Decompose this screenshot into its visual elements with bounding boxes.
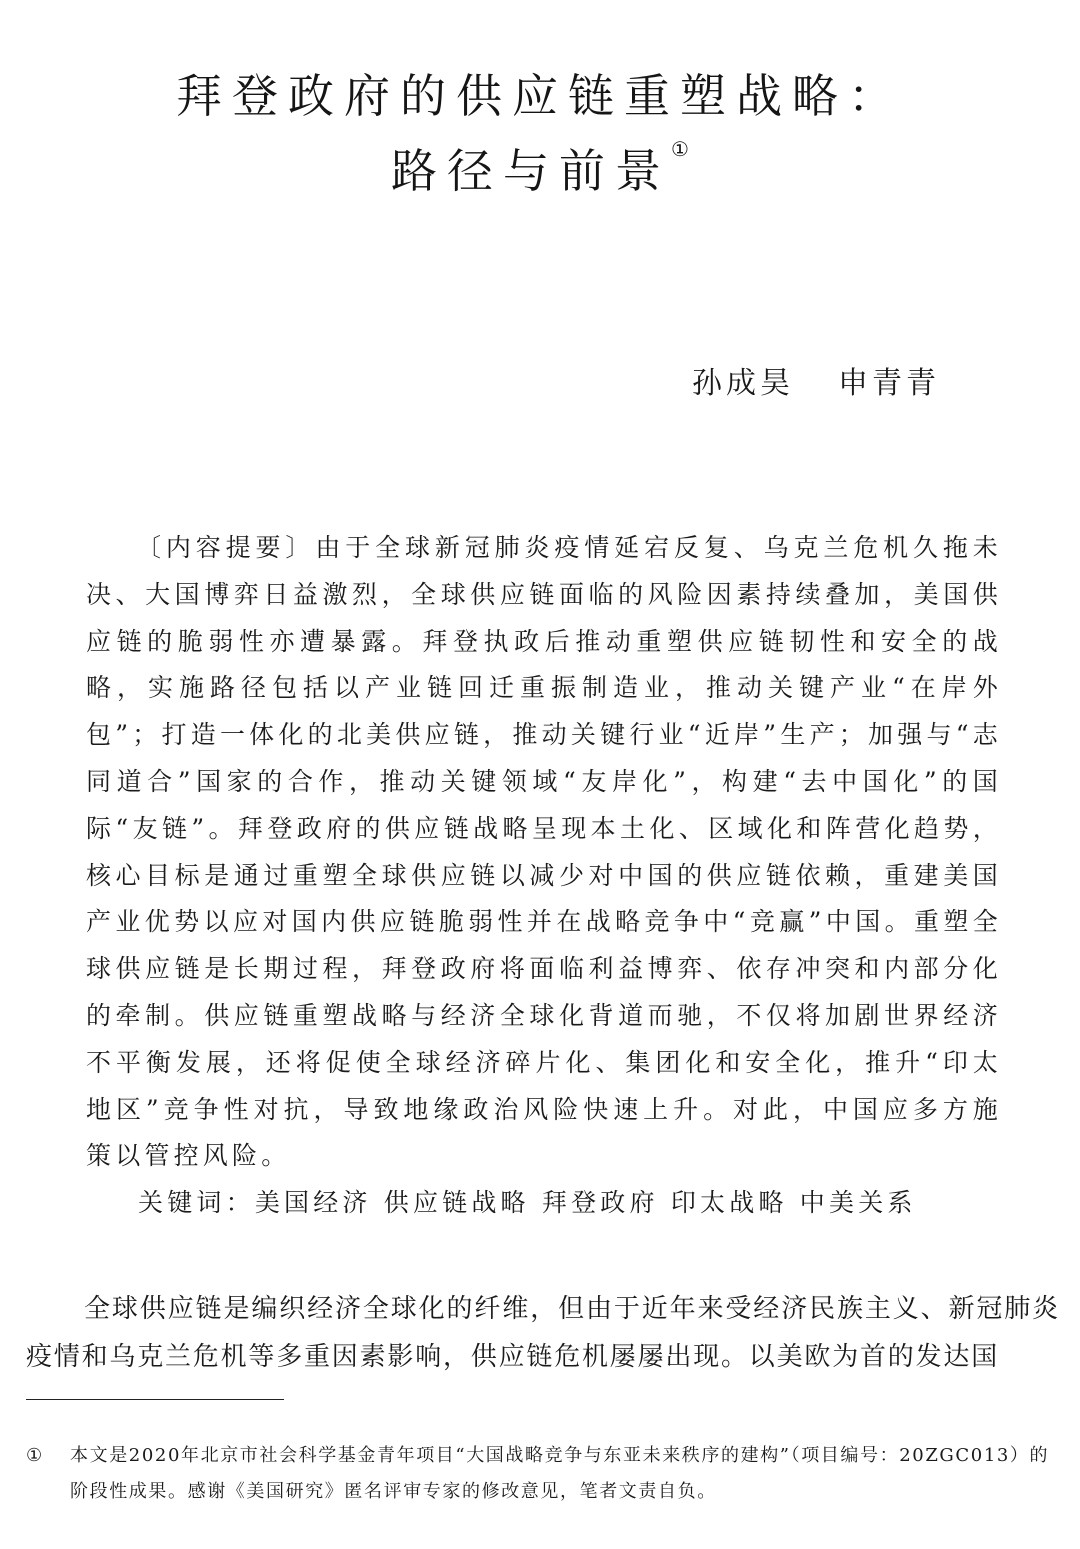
author-1: 孙成昊 (692, 366, 794, 401)
title-footnote-mark[interactable]: ① (671, 137, 689, 161)
footnote-divider (26, 1399, 284, 1400)
keywords: 关键词：美国经济 供应链战略 拜登政府 印太战略 中美关系 (86, 1180, 1002, 1227)
abstract: 〔内容提要〕由于全球新冠肺炎疫情延宕反复、乌克兰危机久拖未决、大国博弈日益激烈，… (86, 525, 1002, 1227)
abstract-text: 由于全球新冠肺炎疫情延宕反复、乌克兰危机久拖未决、大国博弈日益激烈，全球供应链面… (86, 533, 1002, 1170)
abstract-label: 〔内容提要〕 (136, 533, 315, 562)
authors: 孙成昊申青青 (692, 358, 940, 402)
abstract-paragraph: 〔内容提要〕由于全球新冠肺炎疫情延宕反复、乌克兰危机久拖未决、大国博弈日益激烈，… (86, 525, 1002, 1180)
article-title-line2: 路径与前景① (0, 135, 1080, 201)
keywords-list: 美国经济 供应链战略 拜登政府 印太战略 中美关系 (255, 1188, 917, 1217)
footnote-text: 本文是2020年北京市社会科学基金青年项目“大国战略竞争与东亚未来秩序的建构”（… (70, 1438, 1060, 1510)
body-text: 全球供应链是编织经济全球化的纤维，但由于近年来受经济民族主义、新冠肺炎疫情和乌克… (26, 1285, 1060, 1381)
footnote: ① 本文是2020年北京市社会科学基金青年项目“大国战略竞争与东亚未来秩序的建构… (26, 1438, 1060, 1510)
footnote-mark: ① (26, 1438, 44, 1474)
author-2: 申青青 (838, 366, 940, 401)
title-text-2: 路径与前景 (391, 144, 671, 198)
keywords-label: 关键词： (138, 1188, 255, 1217)
article-title-line1: 拜登政府的供应链重塑战略： (0, 60, 1080, 126)
title-text-1: 拜登政府的供应链重塑战略： (176, 69, 904, 123)
body-paragraph: 全球供应链是编织经济全球化的纤维，但由于近年来受经济民族主义、新冠肺炎疫情和乌克… (26, 1285, 1060, 1381)
